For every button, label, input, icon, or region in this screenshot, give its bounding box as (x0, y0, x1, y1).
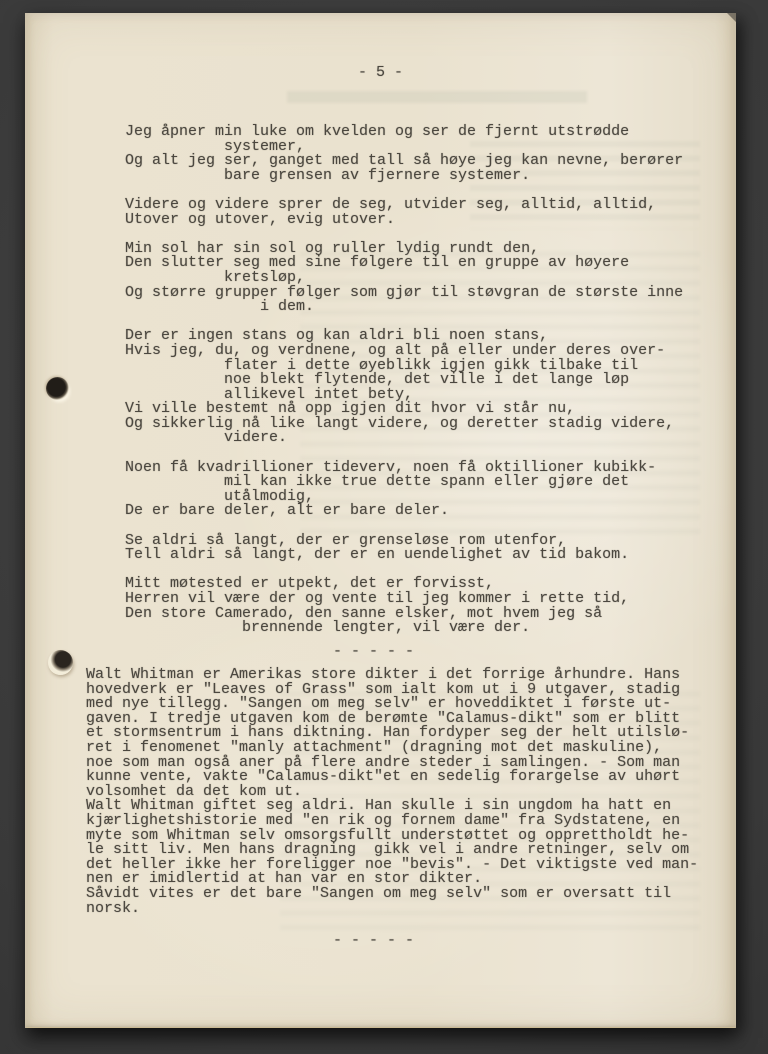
document-page: - 5 - Jeg åpner min luke om kvelden og s… (25, 13, 736, 1028)
bleed-through-heading (287, 91, 587, 103)
scan-background: - 5 - Jeg åpner min luke om kvelden og s… (0, 0, 768, 1054)
punch-hole-top (46, 377, 69, 400)
commentary-text: Walt Whitman er Amerikas store dikter i … (86, 668, 698, 916)
page-bottom-edge (26, 1027, 735, 1028)
poem-text: Jeg åpner min luke om kvelden og ser de … (125, 125, 683, 636)
page-corner-fold (727, 13, 736, 22)
punch-hole-bottom (48, 650, 73, 675)
section-separator-top: - - - - - (333, 645, 414, 660)
section-separator-bottom: - - - - - (333, 934, 414, 949)
page-number: - 5 - (25, 66, 736, 81)
